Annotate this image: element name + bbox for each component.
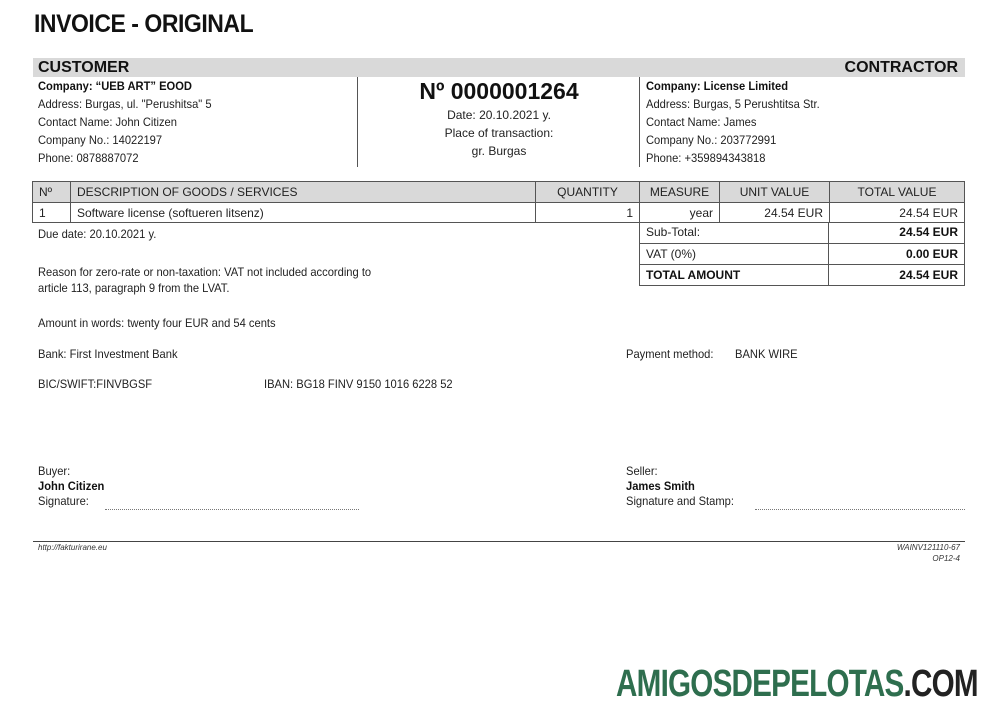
watermark-main: AMIGOSDEPELOTAS	[616, 663, 903, 705]
table-row: 1 Software license (softueren litsenz) 1…	[33, 203, 965, 223]
place-value: gr. Burgas	[358, 142, 640, 160]
col-unit-value: UNIT VALUE	[720, 182, 830, 203]
invoice-number: Nº 0000001264	[358, 76, 640, 106]
contractor-company: Company: License Limited	[646, 77, 820, 95]
col-total-value: TOTAL VALUE	[830, 182, 965, 203]
contractor-info: Company: License Limited Address: Burgas…	[646, 77, 820, 167]
cell-quantity: 1	[536, 203, 640, 223]
customer-company: Company: “UEB ART” EOOD	[38, 77, 212, 95]
items-header-row: Nº DESCRIPTION OF GOODS / SERVICES QUANT…	[33, 182, 965, 203]
seller-name: James Smith	[626, 478, 695, 494]
contractor-company-no: Company No.: 203772991	[646, 131, 820, 149]
contractor-phone: Phone: +359894343818	[646, 149, 820, 167]
col-description: DESCRIPTION OF GOODS / SERVICES	[71, 182, 536, 203]
total-row: TOTAL AMOUNT 24.54 EUR	[640, 264, 965, 285]
col-quantity: QUANTITY	[536, 182, 640, 203]
seller-signature-line	[755, 509, 965, 510]
vat-label: VAT (0%)	[640, 243, 829, 264]
cell-description: Software license (softueren litsenz)	[71, 203, 536, 223]
buyer-signature-label: Signature:	[38, 493, 89, 509]
seller-signature-label: Signature and Stamp:	[626, 493, 734, 509]
vat-reason-line2: article 113, paragraph 9 from the LVAT.	[38, 280, 229, 296]
party-header-bar: CUSTOMER CONTRACTOR	[33, 58, 965, 77]
watermark-logo: AMIGOSDEPELOTAS.COM	[616, 664, 978, 704]
bank-name: Bank: First Investment Bank	[38, 346, 178, 362]
buyer-label: Buyer:	[38, 463, 70, 479]
customer-address: Address: Burgas, ul. "Perushitsa" 5	[38, 95, 212, 113]
vat-reason-line1: Reason for zero-rate or non-taxation: VA…	[38, 264, 371, 280]
customer-phone: Phone: 0878887072	[38, 149, 212, 167]
cell-unit-value: 24.54 EUR	[720, 203, 830, 223]
payment-method-value: BANK WIRE	[735, 346, 798, 362]
bic-swift: BIC/SWIFT:FINVBGSF	[38, 376, 152, 392]
customer-info: Company: “UEB ART” EOOD Address: Burgas,…	[38, 77, 212, 167]
place-label: Place of transaction:	[358, 124, 640, 142]
amount-in-words: Amount in words: twenty four EUR and 54 …	[38, 315, 276, 331]
buyer-name: John Citizen	[38, 478, 104, 494]
contractor-contact: Contact Name: James	[646, 113, 820, 131]
footer-url[interactable]: http://fakturirane.eu	[38, 543, 107, 552]
buyer-signature-line	[105, 509, 359, 510]
subtotal-value: 24.54 EUR	[829, 222, 965, 243]
cell-measure: year	[640, 203, 720, 223]
cell-total-value: 24.54 EUR	[830, 203, 965, 223]
subtotal-row: Sub-Total: 24.54 EUR	[640, 222, 965, 243]
customer-label: CUSTOMER	[38, 58, 129, 77]
col-no: Nº	[33, 182, 71, 203]
footer-divider	[33, 541, 965, 542]
seller-label: Seller:	[626, 463, 658, 479]
total-value: 24.54 EUR	[829, 264, 965, 285]
payment-method-label: Payment method:	[626, 346, 713, 362]
invoice-number-block: Nº 0000001264 Date: 20.10.2021 y. Place …	[358, 77, 640, 160]
customer-contact: Contact Name: John Citizen	[38, 113, 212, 131]
items-table: Nº DESCRIPTION OF GOODS / SERVICES QUANT…	[32, 181, 965, 223]
contractor-label: CONTRACTOR	[845, 58, 958, 77]
invoice-date: Date: 20.10.2021 y.	[358, 106, 640, 124]
due-date: Due date: 20.10.2021 y.	[38, 226, 156, 242]
cell-no: 1	[33, 203, 71, 223]
invoice-title: INVOICE - ORIGINAL	[34, 10, 253, 39]
divider	[639, 77, 640, 167]
vat-row: VAT (0%) 0.00 EUR	[640, 243, 965, 264]
col-measure: MEASURE	[640, 182, 720, 203]
watermark-suffix: .COM	[904, 663, 978, 705]
customer-company-no: Company No.: 14022197	[38, 131, 212, 149]
subtotal-label: Sub-Total:	[640, 222, 829, 243]
footer-code: WAINV121110-67	[897, 543, 960, 552]
iban: IBAN: BG18 FINV 9150 1016 6228 52	[264, 376, 453, 392]
vat-value: 0.00 EUR	[829, 243, 965, 264]
contractor-address: Address: Burgas, 5 Perushtitsa Str.	[646, 95, 820, 113]
totals-table: Sub-Total: 24.54 EUR VAT (0%) 0.00 EUR T…	[639, 222, 965, 286]
footer-code-2: OP12-4	[932, 554, 960, 563]
total-label: TOTAL AMOUNT	[640, 264, 829, 285]
